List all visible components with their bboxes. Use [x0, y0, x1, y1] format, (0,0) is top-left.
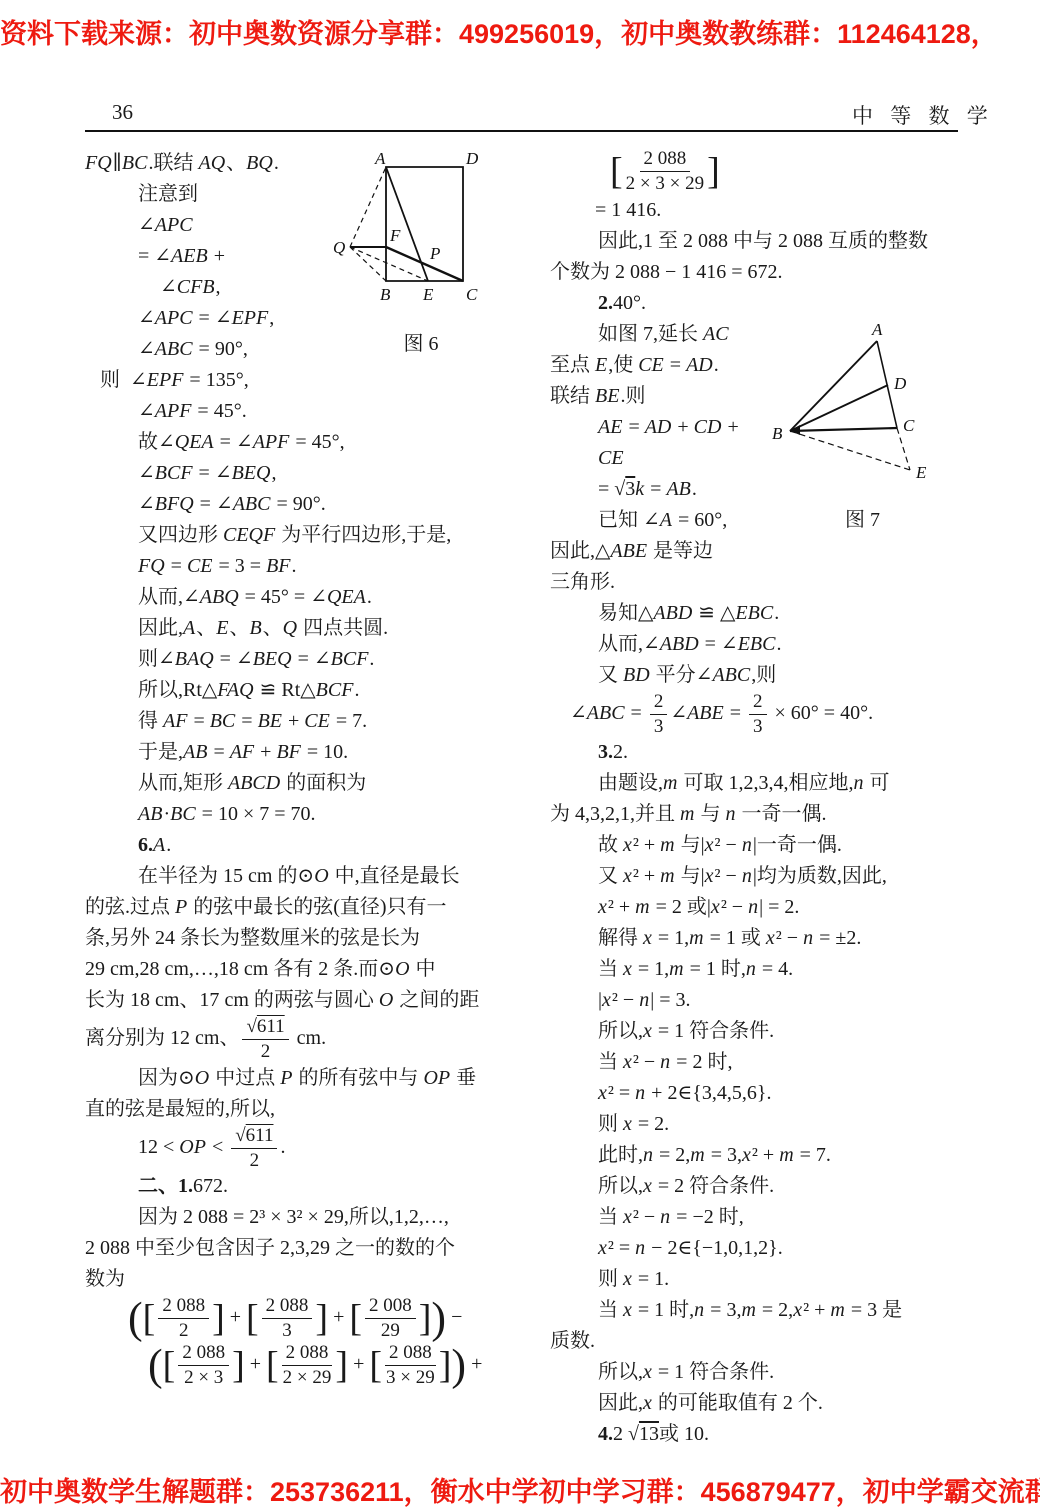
text-line: 又 BD 平分∠ABC,则	[550, 660, 965, 691]
text-line: x² + m = 2 或|x² − n| = 2.	[550, 892, 965, 923]
text-line: 三角形.	[550, 567, 965, 598]
text-line: 因此,x 的可能取值有 2 个.	[550, 1388, 965, 1419]
text-line: 12 < OP < √6112.	[85, 1125, 515, 1172]
text-line: 于是,AB = AF + BF = 10.	[85, 737, 515, 768]
text-line: 因此,△ABE 是等边	[550, 536, 965, 567]
text-line: 此时,n = 2,m = 3,x² + m = 7.	[550, 1140, 965, 1171]
figure-6: A D B E C Q F P 图 6	[327, 150, 515, 356]
journal-title: 中 等 数 学	[852, 100, 994, 130]
text-line: 由题设,m 可取 1,2,3,4,相应地,n 可	[550, 768, 965, 799]
fig7-line-BA	[790, 341, 877, 431]
fig6-label-P: P	[429, 244, 440, 263]
text-line: 所以,x = 1 符合条件.	[550, 1357, 965, 1388]
text-line: 易知△ABD ≌ △EBC.	[550, 598, 965, 629]
text-line: 又四边形 CEQF 为平行四边形,于是,	[85, 520, 515, 551]
fig6-label-Q: Q	[333, 238, 345, 257]
text-line: 质数.	[550, 1326, 965, 1357]
text-line: 在半径为 15 cm 的⊙O 中,直径是最长	[85, 861, 515, 892]
figure-7-caption: 图 7	[760, 503, 965, 532]
text-line: 因此,A、E、B、Q 四点共圆.	[85, 613, 515, 644]
fig6-dashed-QB	[350, 247, 386, 281]
fig6-dashed-QE	[350, 247, 428, 281]
fig7-label-D: D	[893, 374, 907, 393]
text-line: ∠BCF = ∠BEQ,	[85, 458, 515, 489]
text-line: 的弦.过点 P 的弦中最长的弦(直径)只有一	[85, 892, 515, 923]
text-line: 数为	[85, 1264, 515, 1295]
right-column: [2 0882 × 3 × 29]= 1 416.因此,1 至 2 088 中与…	[550, 148, 965, 1450]
text-line: ∠BFQ = ∠ABC = 90°.	[85, 489, 515, 520]
text-line: [2 0882 × 3 × 29]	[550, 148, 965, 195]
text-line: 则∠BAQ = ∠BEQ = ∠BCF.	[85, 644, 515, 675]
text-line: 直的弦是最短的,所以,	[85, 1094, 515, 1125]
text-line: 因此,1 至 2 088 中与 2 088 互质的整数	[550, 226, 965, 257]
text-line: 解得 x = 1,m = 1 或 x² − n = ±2.	[550, 923, 965, 954]
text-line: 当 x = 1 时,n = 3,m = 2,x² + m = 3 是	[550, 1295, 965, 1326]
text-line: 二、1.672.	[85, 1171, 515, 1202]
text-line: 因为⊙O 中过点 P 的所有弦中与 OP 垂	[85, 1063, 515, 1094]
fig6-label-B: B	[380, 285, 391, 304]
text-line: 6.A.	[85, 830, 515, 861]
fig7-line-BC	[790, 428, 897, 431]
fig7-label-A: A	[871, 321, 883, 339]
left-column: A D B E C Q F P 图 6 FQ∥BC.联结 AQ、BQ.注意到∠A…	[85, 148, 515, 1389]
fig7-label-C: C	[903, 416, 915, 435]
page-number: 36	[112, 100, 133, 125]
text-line: = 1 416.	[550, 195, 965, 226]
text-line: 故∠QEA = ∠APF = 45°,	[85, 427, 515, 458]
text-line: ∠ABC = 23∠ABE = 23 × 60° = 40°.	[550, 691, 965, 738]
banner-bottom: 初中奥数学生解题群：253736211，衡水中学初中学习群：456879477，…	[0, 1470, 1040, 1509]
header-rule	[85, 130, 958, 132]
fig6-label-E: E	[422, 285, 434, 304]
fig6-label-C: C	[466, 285, 478, 304]
text-line: ([2 0882] + [2 0883] + [2 00829]) −	[85, 1295, 515, 1342]
text-line: 则 x = 1.	[550, 1264, 965, 1295]
text-line: ([2 0882 × 3] + [2 0882 × 29] + [2 0883 …	[85, 1342, 515, 1389]
fig6-label-D: D	[465, 150, 479, 168]
text-line: 条,另外 24 条长为整数厘米的弦是长为	[85, 923, 515, 954]
text-line: 所以,Rt△FAQ ≌ Rt△BCF.	[85, 675, 515, 706]
fig6-label-F: F	[389, 226, 401, 245]
banner-top: 资料下载来源：初中奥数资源分享群：499256019，初中奥数教练群：11246…	[0, 12, 1040, 51]
text-line: 当 x = 1,m = 1 时,n = 4.	[550, 954, 965, 985]
text-line: 故 x² + m 与|x² − n|一奇一偶.	[550, 830, 965, 861]
figure-7-diagram: A D C B E	[760, 321, 965, 501]
text-line: 当 x² − n = 2 时,	[550, 1047, 965, 1078]
text-line: 长为 18 cm、17 cm 的两弦与圆心 O 之间的距	[85, 985, 515, 1016]
text-line: 29 cm,28 cm,…,18 cm 各有 2 条.而⊙O 中	[85, 954, 515, 985]
text-line: 所以,x = 2 符合条件.	[550, 1171, 965, 1202]
text-line: 从而,∠ABQ = 45° = ∠QEA.	[85, 582, 515, 613]
fig7-label-B: B	[772, 424, 783, 443]
text-line: 2.40°.	[550, 288, 965, 319]
text-line: AB·BC = 10 × 7 = 70.	[85, 799, 515, 830]
figure-6-diagram: A D B E C Q F P	[327, 150, 515, 325]
fig7-dashed-BE	[790, 431, 910, 470]
text-line: 3.2.	[550, 737, 965, 768]
text-line: 因为 2 088 = 2³ × 3² × 29,所以,1,2,…,	[85, 1202, 515, 1233]
text-line: 所以,x = 1 符合条件.	[550, 1016, 965, 1047]
text-line: 则 x = 2.	[550, 1109, 965, 1140]
figure-7: A D C B E 图 7	[760, 321, 965, 532]
text-line: |x² − n| = 3.	[550, 985, 965, 1016]
text-line: x² = n + 2∈{3,4,5,6}.	[550, 1078, 965, 1109]
fig7-label-E: E	[915, 463, 927, 482]
text-line: x² = n − 2∈{−1,0,1,2}.	[550, 1233, 965, 1264]
figure-6-caption: 图 6	[327, 327, 515, 356]
fig6-label-A: A	[374, 150, 386, 168]
text-line: 当 x² − n = −2 时,	[550, 1202, 965, 1233]
text-line: 从而,矩形 ABCD 的面积为	[85, 768, 515, 799]
text-line: 4.2 √13或 10.	[550, 1419, 965, 1450]
fig6-line-FC	[386, 247, 463, 281]
text-line: ∠APF = 45°.	[85, 396, 515, 427]
fig6-dashed-QA	[350, 167, 386, 247]
text-line: 则 ∠EPF = 135°,	[85, 365, 515, 396]
text-line: FQ = CE = 3 = BF.	[85, 551, 515, 582]
text-line: 为 4,3,2,1,并且 m 与 n 一奇一偶.	[550, 799, 965, 830]
text-line: 得 AF = BC = BE + CE = 7.	[85, 706, 515, 737]
text-line: 离分别为 12 cm、√6112 cm.	[85, 1016, 515, 1063]
fig7-line-BD	[790, 385, 888, 431]
text-line: 个数为 2 088 − 1 416 = 672.	[550, 257, 965, 288]
scanned-journal-page: 资料下载来源：初中奥数资源分享群：499256019，初中奥数教练群：11246…	[0, 0, 1040, 1509]
text-line: 从而,∠ABD = ∠EBC.	[550, 629, 965, 660]
text-line: 又 x² + m 与|x² − n|均为质数,因此,	[550, 861, 965, 892]
text-line: 2 088 中至少包含因子 2,3,29 之一的数的个	[85, 1233, 515, 1264]
